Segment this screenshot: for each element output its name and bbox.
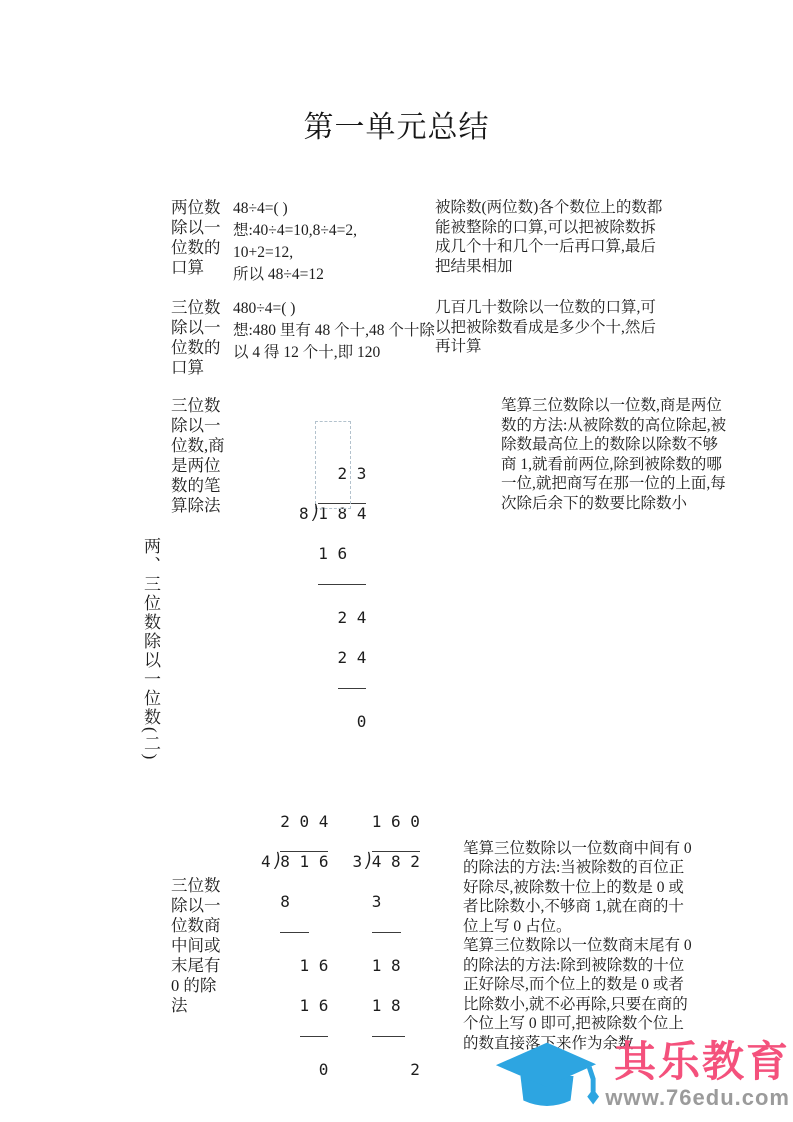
explanation-oral-3digit: 几百几十数除以一位数的口算,可以把被除数看成是多少个十,然后再计算 [435,298,667,357]
explanation-written-division: 笔算三位数除以一位数,商是两位数的方法:从被除数的高位除起,被除数最高位上的数除… [501,396,733,513]
divisor: 3 [352,852,362,871]
dividend-line: 8)1 8 4 [299,504,366,524]
brand-url: www.76edu.com [605,1085,790,1111]
partial-product: 8 [280,892,290,911]
table-row: 三位数除以一位数,商是两位数的笔算除法 2 3 8)1 8 4 1 6 2 4 … [171,396,716,774]
work-line: 1 6 [299,544,366,564]
table-row: 两位数除以一位数的口算 48÷4=( ) 想:40÷4=10,8÷4=2, 10… [171,198,716,286]
example-oral-3digit: 480÷4=( ) 想:480 里有 48 个十,48 个十除以 4 得 12 … [233,298,435,364]
quotient-line: 2 0 4 [261,812,328,832]
example-written-division: 2 3 8)1 8 4 1 6 2 4 2 4 0 [233,396,501,774]
division-rule [372,932,401,936]
division-rule [318,584,366,588]
example-zero-divisions: 2 0 4 4)8 1 6 8 1 6 1 6 0 1 6 0 3)4 8 2 … [233,792,463,1100]
partial-product: 1 6 [318,544,347,563]
explanation-middle-zero: 笔算三位数除以一位数商中间有 0 的除法的方法:当被除数的百位正好除尽,被除数十… [463,839,695,937]
partial-product: 3 [372,892,382,911]
partial-remainder: 2 4 [338,608,367,627]
partial-remainder: 1 6 [300,956,329,975]
remainder-line: 0 [299,712,366,732]
partial-product: 1 8 [372,996,401,1015]
work-line: 2 4 [299,648,366,668]
row-label-written-2digit-quotient: 三位数除以一位数,商是两位数的笔算除法 [171,396,225,516]
row-label-zero-in-quotient: 三位数除以一位数商中间或末尾有 0 的除法 [171,876,225,1016]
division-rule [338,688,367,692]
quotient: 1 6 0 [372,812,420,831]
quotient: 2 3 [338,464,367,483]
brand-text-block: 其乐教育 www.76edu.com [605,1039,790,1111]
work-line: 1 6 [261,956,328,976]
example-oral-2digit: 48÷4=( ) 想:40÷4=10,8÷4=2, 10+2=12, 所以 48… [233,198,435,286]
row-label-oral-2digit: 两位数除以一位数的口算 [171,198,225,278]
division-rule [280,932,309,936]
long-division-816-by-4: 2 0 4 4)8 1 6 8 1 6 1 6 0 [261,792,328,1100]
remainder-line: 2 [352,1060,419,1080]
dividend-line: 4)8 1 6 [261,852,328,872]
divisor: 8 [299,504,309,523]
brand-name: 其乐教育 [614,1039,790,1085]
divisor: 4 [261,852,271,871]
quotient-line: 2 3 [299,464,366,484]
page-title: 第一单元总结 [0,102,793,146]
explanation-oral-2digit: 被除数(两位数)各个数位上的数都能被整除的口算,可以把被除数拆成几个十和几个一后… [435,198,667,276]
partial-remainder: 1 8 [372,956,401,975]
division-rule [300,1036,329,1040]
long-division-184-by-8: 2 3 8)1 8 4 1 6 2 4 2 4 0 [299,424,366,752]
work-line: 1 8 [352,956,419,976]
work-line: 2 4 [299,608,366,628]
division-rule [372,1036,406,1040]
brand-logo: 其乐教育 www.76edu.com [491,1034,790,1116]
remainder: 0 [357,712,367,731]
worksheet-page: { "page": { "title": "第一单元总结" }, "side_l… [0,0,793,1122]
row-label-oral-3digit: 三位数除以一位数的口算 [171,298,225,378]
dividend: 1 8 4 [318,503,366,523]
work-line: 1 6 [261,996,328,1016]
quotient-line: 1 6 0 [352,812,419,832]
dividend: 4 8 2 [372,851,420,871]
unit-side-label: 两、三位数除以一位数(二) [138,537,162,761]
long-division-482-by-3: 1 6 0 3)4 8 2 3 1 8 1 8 2 [352,792,419,1100]
partial-product: 1 6 [300,996,329,1015]
knowledge-table: 两位数除以一位数的口算 48÷4=( ) 想:40÷4=10,8÷4=2, 10… [171,198,716,1100]
work-line: 3 [352,892,419,912]
work-line: 8 [261,892,328,912]
table-row: 三位数除以一位数的口算 480÷4=( ) 想:480 里有 48 个十,48 … [171,298,716,378]
summary-table-area: 两、三位数除以一位数(二) 两位数除以一位数的口算 48÷4=( ) 想:40÷… [138,198,716,1100]
dividend: 8 1 6 [280,851,328,871]
remainder: 0 [319,1060,329,1079]
dividend-line: 3)4 8 2 [352,852,419,872]
remainder: 2 [410,1060,420,1079]
quotient: 2 0 4 [280,812,328,831]
explanation-zero-in-quotient: 笔算三位数除以一位数商中间有 0 的除法的方法:当被除数的百位正好除尽,被除数十… [463,839,695,1054]
remainder-line: 0 [261,1060,328,1080]
partial-product: 2 4 [338,648,367,667]
work-line: 1 8 [352,996,419,1016]
graduation-cap-icon [491,1034,601,1116]
